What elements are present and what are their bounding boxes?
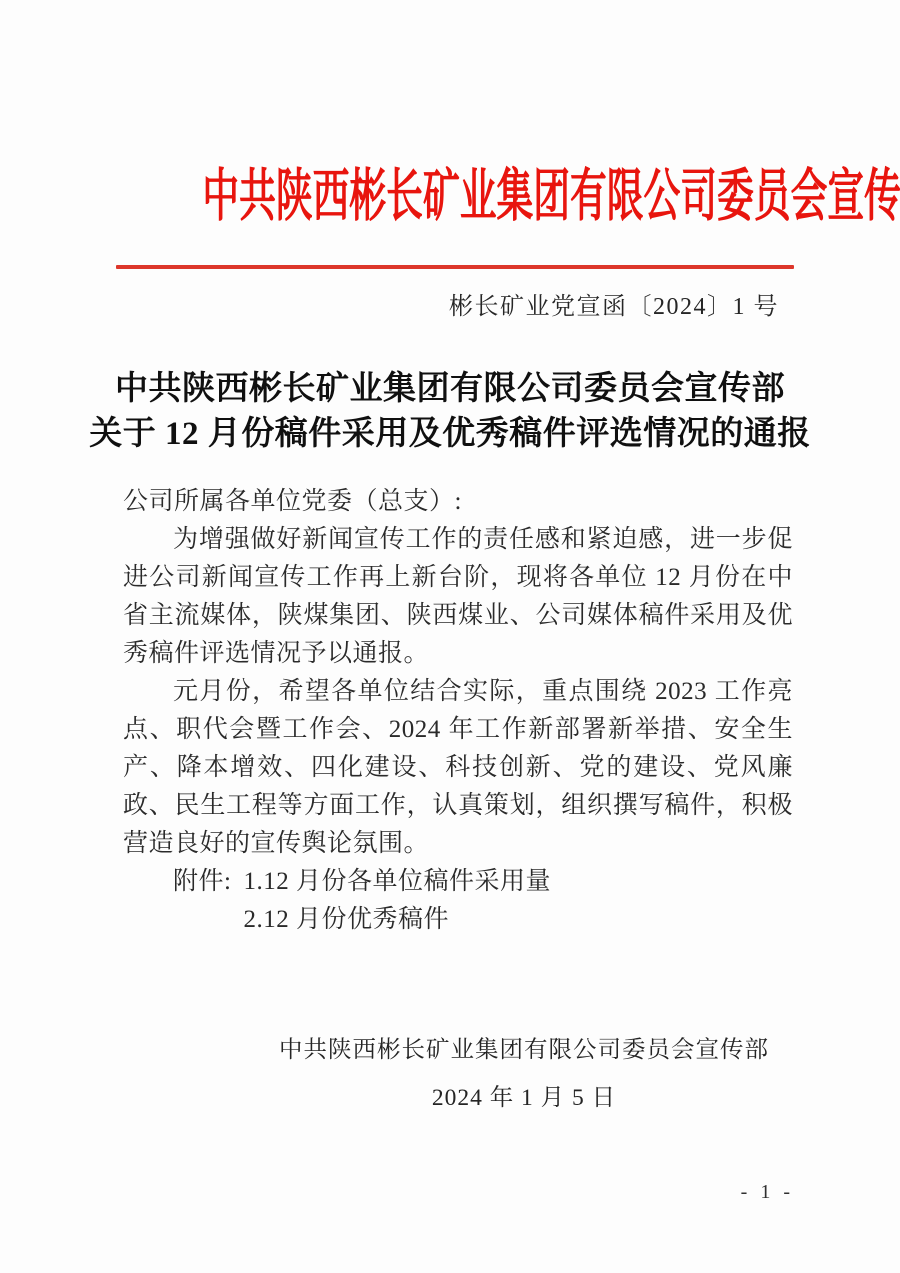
signature-block: 中共陕西彬长矿业集团有限公司委员会宣传部 2024 年 1 月 5 日 xyxy=(279,1026,769,1122)
document-title: 中共陕西彬长矿业集团有限公司委员会宣传部 关于 12 月份稿件采用及优秀稿件评选… xyxy=(0,367,900,457)
signature-organization: 中共陕西彬长矿业集团有限公司委员会宣传部 xyxy=(279,1026,769,1074)
attachments-block: 附件: 1.12 月份各单位稿件采用量 2.12 月份优秀稿件 xyxy=(123,863,793,939)
attachment-item-1: 1.12 月份各单位稿件采用量 xyxy=(243,863,551,901)
document-title-line2: 关于 12 月份稿件采用及优秀稿件评选情况的通报 xyxy=(0,412,900,457)
attachment-list: 1.12 月份各单位稿件采用量 2.12 月份优秀稿件 xyxy=(243,863,551,939)
page-number: - 1 - xyxy=(741,1181,794,1204)
body-paragraph-2: 元月份，希望各单位结合实际，重点围绕 2023 工作亮点、职代会暨工作会、202… xyxy=(123,673,793,863)
attachment-item-2: 2.12 月份优秀稿件 xyxy=(243,901,551,939)
salutation: 公司所属各单位党委（总支）: xyxy=(123,483,793,521)
issuing-authority-masthead: 中共陕西彬长矿业集团有限公司委员会宣传部 xyxy=(202,166,900,228)
document-title-line1: 中共陕西彬长矿业集团有限公司委员会宣传部 xyxy=(0,367,900,412)
document-page: 中共陕西彬长矿业集团有限公司委员会宣传部 彬长矿业党宣函〔2024〕1 号 中共… xyxy=(0,0,900,1273)
document-body: 公司所属各单位党委（总支）: 为增强做好新闻宣传工作的责任感和紧迫感，进一步促进… xyxy=(123,483,793,939)
body-paragraph-1: 为增强做好新闻宣传工作的责任感和紧迫感，进一步促进公司新闻宣传工作再上新台阶，现… xyxy=(123,521,793,673)
red-header-masthead: 中共陕西彬长矿业集团有限公司委员会宣传部 xyxy=(0,166,900,228)
red-divider-line xyxy=(116,265,794,269)
document-number: 彬长矿业党宣函〔2024〕1 号 xyxy=(449,286,779,321)
attachments-label: 附件: xyxy=(173,863,231,901)
signature-date: 2024 年 1 月 5 日 xyxy=(279,1074,769,1122)
